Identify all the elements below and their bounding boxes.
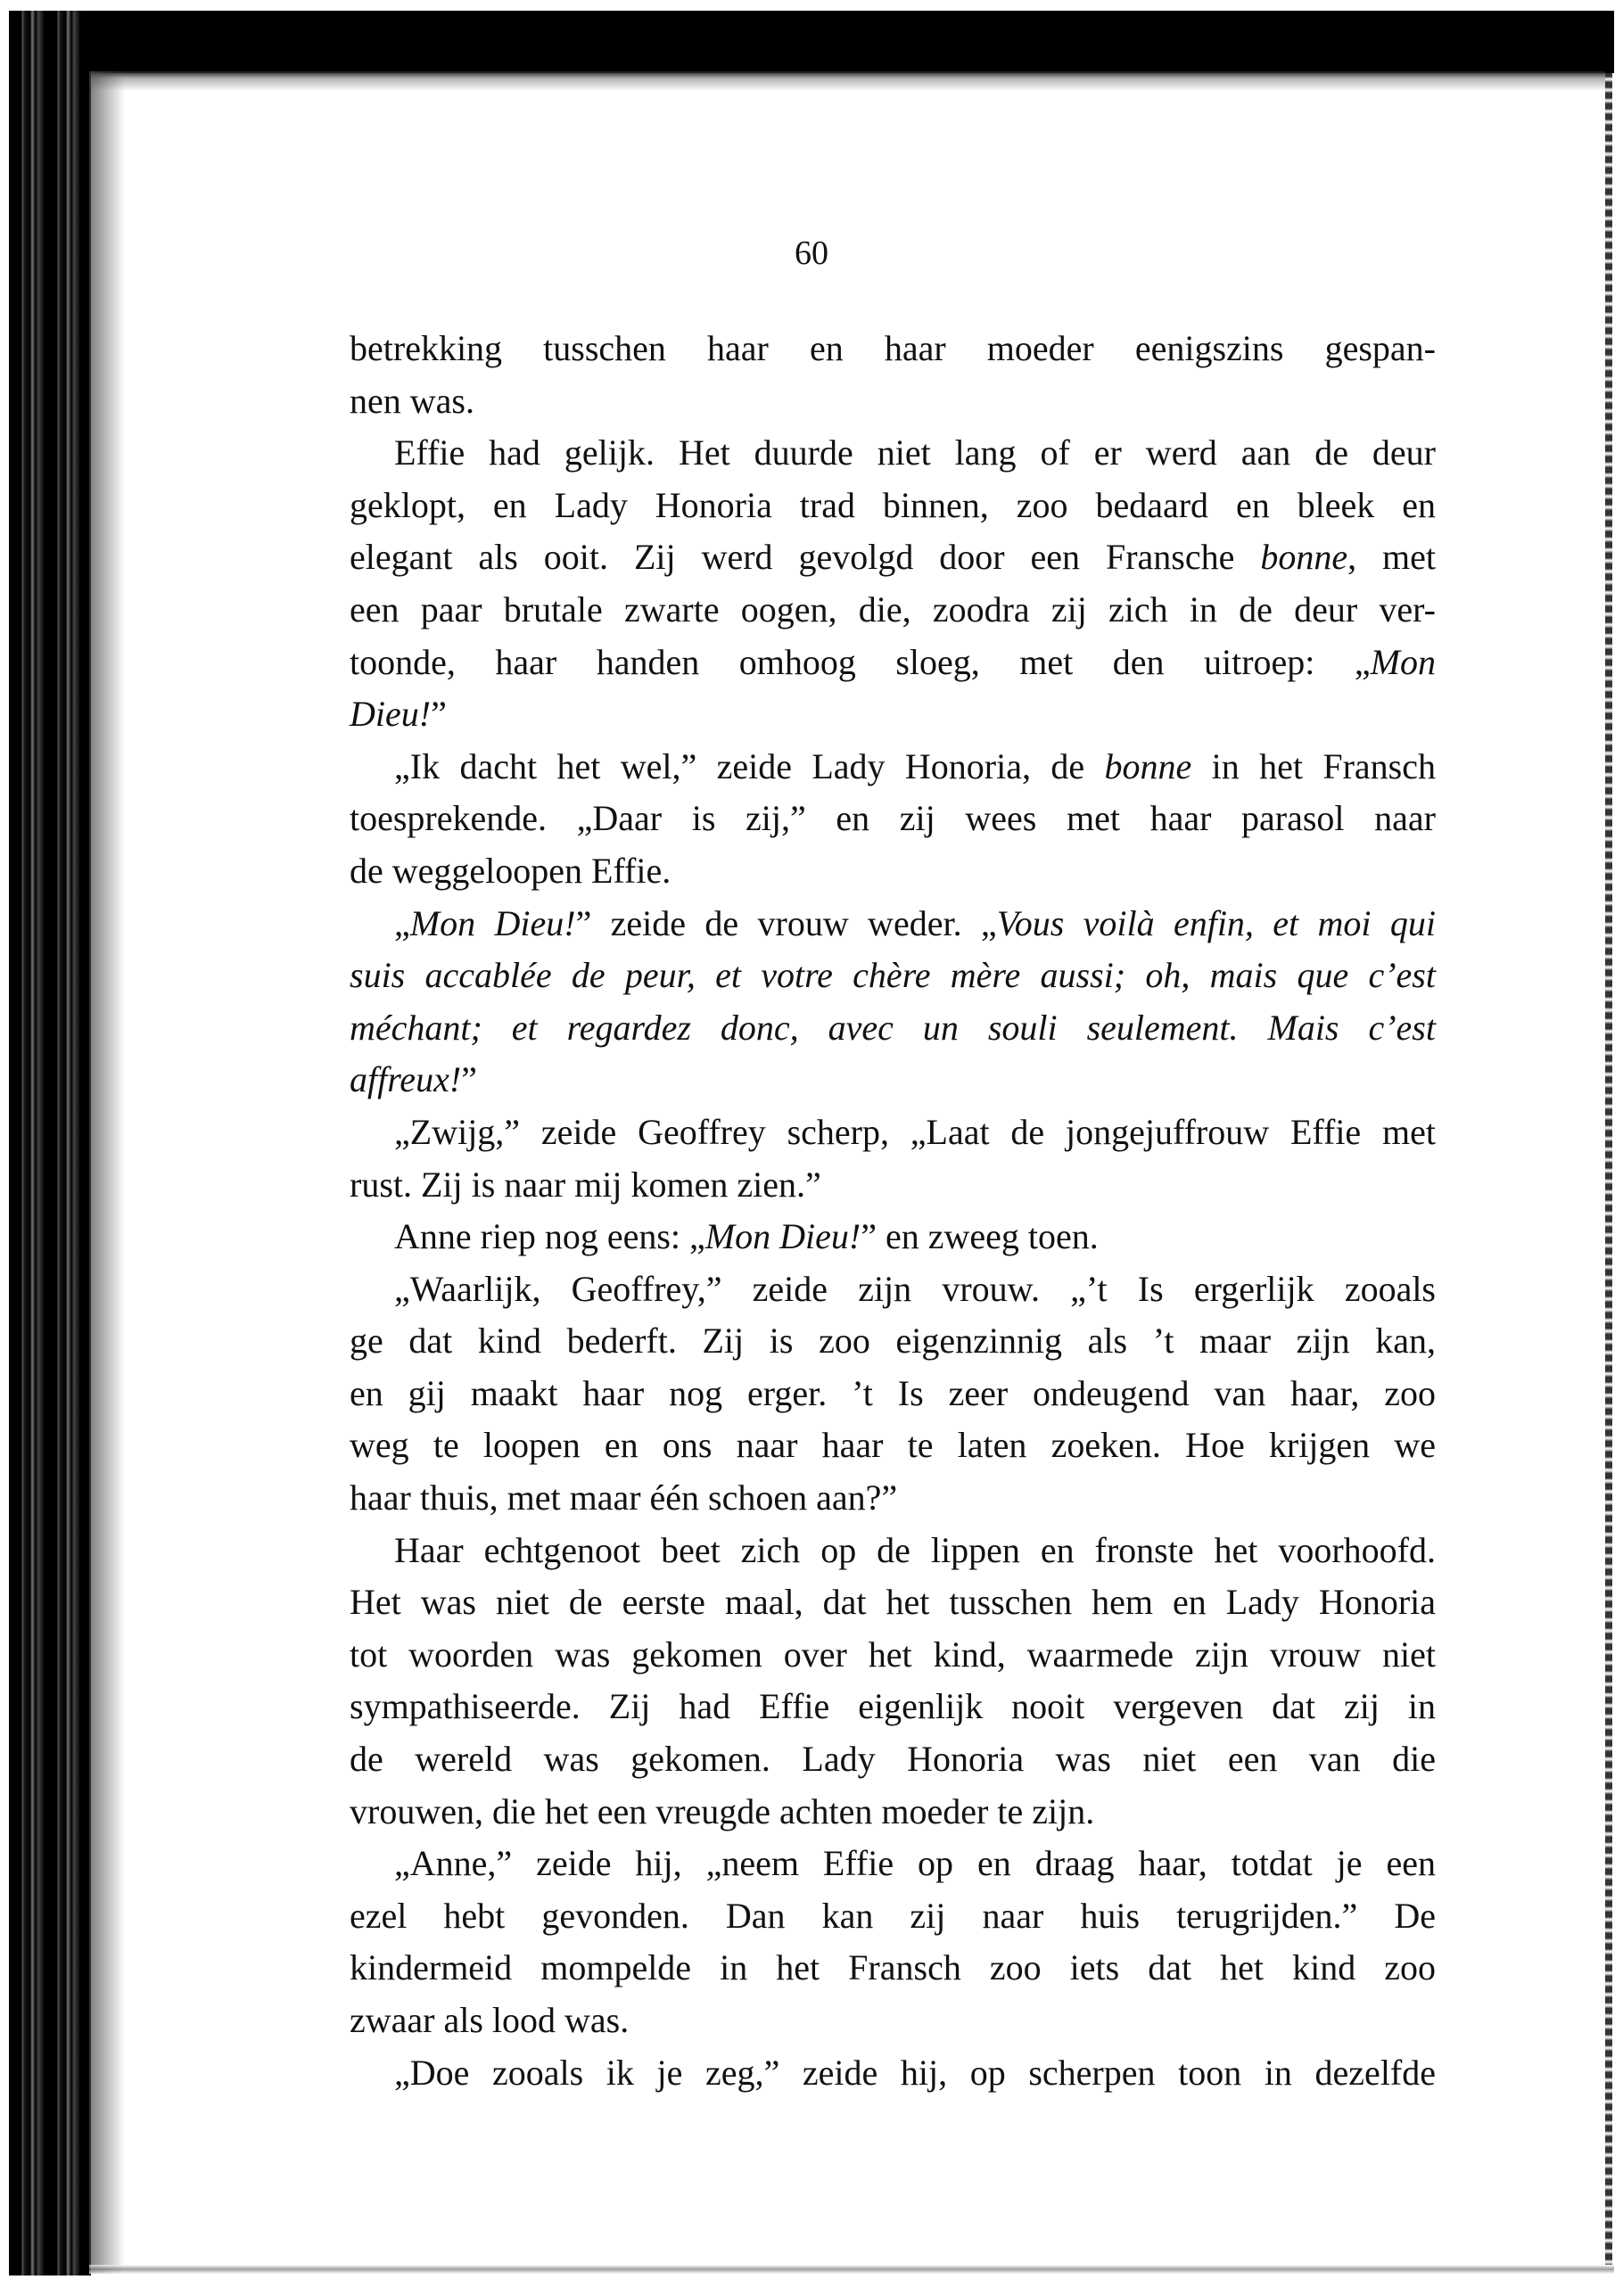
text-line: „Mon Dieu!” zeide de vrouw weder. „Vous …	[350, 898, 1436, 950]
text-segment: geklopt, en Lady Honoria trad binnen, zo…	[350, 485, 1436, 525]
text-segment: tot woorden was gekomen over het kind, w…	[350, 1634, 1436, 1675]
text-segment: en gij maakt haar nog erger. ’t Is zeer …	[350, 1373, 1436, 1413]
italic-text: bonne	[1260, 537, 1347, 577]
text-segment: de wereld was gekomen. Lady Honoria was …	[350, 1739, 1436, 1779]
text-segment: , met	[1347, 537, 1436, 577]
text-line: een paar brutale zwarte oogen, die, zood…	[350, 584, 1436, 637]
text-line: suis accablée de peur, et votre chère mè…	[350, 950, 1436, 1002]
text-line: Haar echtgenoot beet zich op de lippen e…	[350, 1525, 1436, 1577]
text-segment: betrekking tusschen haar en haar moeder …	[350, 328, 1436, 368]
text-segment: toesprekende. „Daar is zij,” en zij wees…	[350, 798, 1436, 838]
scan-top-border	[9, 11, 1614, 73]
text-line: ge dat kind bederft. Zij is zoo eigenzin…	[350, 1315, 1436, 1368]
text-segment: ” zeide de vrouw weder. „	[576, 903, 997, 943]
text-line: vrouwen, die het een vreugde achten moed…	[350, 1786, 1436, 1839]
text-segment: nen was.	[350, 381, 474, 421]
text-line: ezel hebt gevonden. Dan kan zij naar hui…	[350, 1890, 1436, 1943]
text-line: Dieu!”	[350, 688, 1436, 741]
text-segment: ”	[461, 1059, 477, 1099]
text-line: „Ik dacht het wel,” zeide Lady Honoria, …	[350, 741, 1436, 794]
italic-text: méchant; et regardez donc, avec un souli…	[350, 1008, 1436, 1048]
text-segment: een paar brutale zwarte oogen, die, zood…	[350, 589, 1436, 630]
text-line: elegant als ooit. Zij werd gevolgd door …	[350, 531, 1436, 584]
italic-text: affreux!	[350, 1059, 461, 1099]
scan-top-shadow	[89, 71, 1605, 91]
text-segment: Het was niet de eerste maal, dat het tus…	[350, 1582, 1436, 1622]
binding-shadow	[89, 71, 125, 2274]
text-line: „Zwijg,” zeide Geoffrey scherp, „Laat de…	[350, 1107, 1436, 1159]
italic-text: suis accablée de peur, et votre chère mè…	[350, 955, 1436, 995]
text-line: affreux!”	[350, 1054, 1436, 1107]
text-line: Effie had gelijk. Het duurde niet lang o…	[350, 427, 1436, 480]
page-bottom-edge	[89, 2265, 1614, 2274]
text-line: weg te loopen en ons naar haar te laten …	[350, 1420, 1436, 1472]
text-segment: haar thuis, met maar één schoen aan?”	[350, 1477, 897, 1518]
text-line: geklopt, en Lady Honoria trad binnen, zo…	[350, 480, 1436, 532]
italic-text: bonne	[1104, 746, 1191, 786]
text-line: betrekking tusschen haar en haar moeder …	[350, 323, 1436, 375]
text-line: zwaar als lood was.	[350, 1995, 1436, 2047]
text-line: „Waarlijk, Geoffrey,” zeide zijn vrouw. …	[350, 1263, 1436, 1316]
text-line: rust. Zij is naar mij komen zien.”	[350, 1159, 1436, 1212]
text-line: Het was niet de eerste maal, dat het tus…	[350, 1576, 1436, 1629]
text-line: de wereld was gekomen. Lady Honoria was …	[350, 1733, 1436, 1786]
italic-text: Mon	[1371, 642, 1436, 682]
italic-text: Mon Dieu!	[705, 1216, 861, 1256]
text-segment: in het Fransch	[1191, 746, 1436, 786]
text-segment: ezel hebt gevonden. Dan kan zij naar hui…	[350, 1896, 1436, 1936]
text-segment: „	[394, 903, 410, 943]
text-line: méchant; et regardez donc, avec un souli…	[350, 1002, 1436, 1055]
text-segment: „Anne,” zeide hij, „neem Effie op en dra…	[394, 1843, 1436, 1883]
text-segment: kindermeid mompelde in het Fransch zoo i…	[350, 1947, 1436, 1987]
text-segment: toonde, haar handen omhoog sloeg, met de…	[350, 642, 1371, 682]
text-segment: ge dat kind bederft. Zij is zoo eigenzin…	[350, 1321, 1436, 1361]
text-line: tot woorden was gekomen over het kind, w…	[350, 1629, 1436, 1682]
text-segment: weg te loopen en ons naar haar te laten …	[350, 1425, 1436, 1465]
page-number: 60	[0, 234, 1623, 273]
text-segment: sympathiseerde. Zij had Effie eigenlijk …	[350, 1686, 1436, 1726]
text-segment: ”	[431, 694, 447, 734]
text-line: kindermeid mompelde in het Fransch zoo i…	[350, 1942, 1436, 1995]
text-line: Anne riep nog eens: „Mon Dieu!” en zweeg…	[350, 1211, 1436, 1263]
text-segment: „Waarlijk, Geoffrey,” zeide zijn vrouw. …	[394, 1269, 1436, 1309]
text-line: toonde, haar handen omhoog sloeg, met de…	[350, 637, 1436, 689]
text-line: nen was.	[350, 375, 1436, 428]
text-segment: elegant als ooit. Zij werd gevolgd door …	[350, 537, 1260, 577]
text-segment: Effie had gelijk. Het duurde niet lang o…	[394, 432, 1436, 473]
text-segment: Haar echtgenoot beet zich op de lippen e…	[394, 1530, 1436, 1570]
text-segment: Anne riep nog eens: „	[394, 1216, 705, 1256]
text-line: sympathiseerde. Zij had Effie eigenlijk …	[350, 1681, 1436, 1733]
text-line: en gij maakt haar nog erger. ’t Is zeer …	[350, 1368, 1436, 1420]
book-binding-edge	[9, 11, 91, 2275]
italic-text: Vous voilà enfin, et moi qui	[997, 903, 1436, 943]
text-line: toesprekende. „Daar is zij,” en zij wees…	[350, 793, 1436, 845]
text-segment: „Zwijg,” zeide Geoffrey scherp, „Laat de…	[394, 1112, 1436, 1152]
text-line: „Doe zooals ik je zeg,” zeide hij, op sc…	[350, 2047, 1436, 2100]
text-line: haar thuis, met maar één schoen aan?”	[350, 1472, 1436, 1525]
page-right-edge	[1605, 71, 1612, 2265]
text-line: de weggeloopen Effie.	[350, 845, 1436, 898]
text-segment: ” en zweeg toen.	[861, 1216, 1099, 1256]
text-segment: „Doe zooals ik je zeg,” zeide hij, op sc…	[394, 2053, 1436, 2093]
italic-text: Mon Dieu!	[410, 903, 576, 943]
text-segment: „Ik dacht het wel,” zeide Lady Honoria, …	[394, 746, 1104, 786]
text-segment: rust. Zij is naar mij komen zien.”	[350, 1164, 821, 1205]
text-line: „Anne,” zeide hij, „neem Effie op en dra…	[350, 1838, 1436, 1890]
text-segment: zwaar als lood was.	[350, 2000, 629, 2040]
italic-text: Dieu!	[350, 694, 431, 734]
body-text: betrekking tusschen haar en haar moeder …	[350, 323, 1436, 2099]
text-segment: vrouwen, die het een vreugde achten moed…	[350, 1791, 1094, 1831]
text-segment: de weggeloopen Effie.	[350, 851, 671, 891]
